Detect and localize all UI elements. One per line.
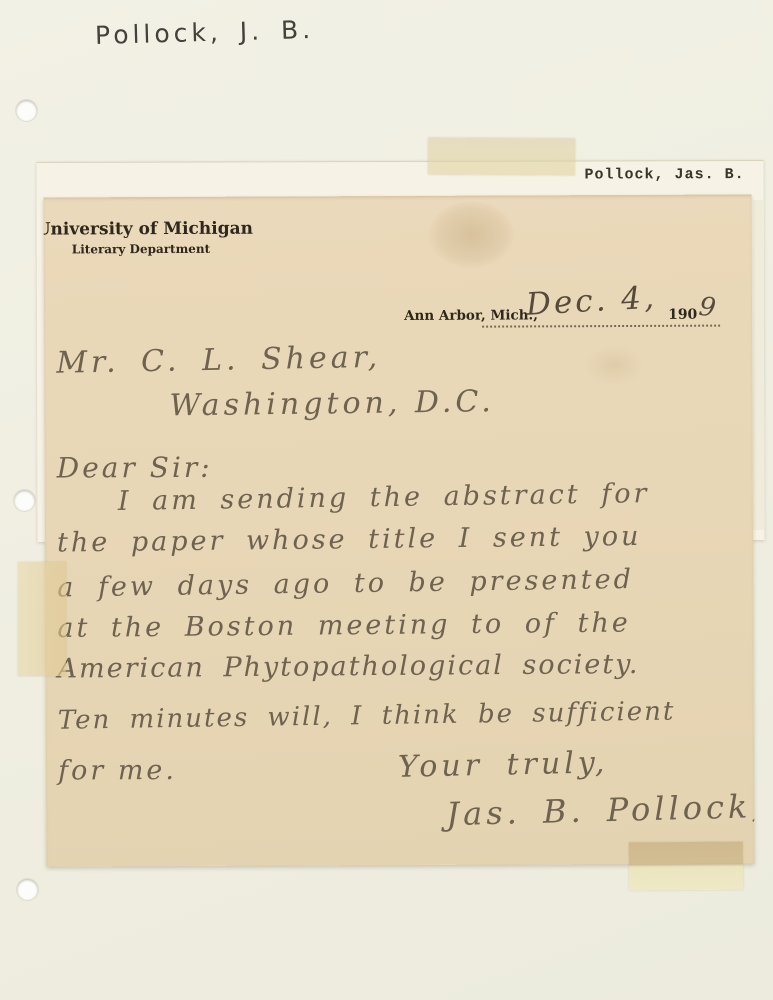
signature: Jas. B. Pollock,: [446, 787, 755, 833]
dateline-place: Ann Arbor, Mich.,: [404, 307, 538, 324]
dateline-handwritten-date: Dec. 4,: [525, 279, 658, 322]
body-line: at the Boston meeting to of the: [57, 607, 631, 644]
body-line: a few days ago to be presented: [57, 564, 634, 604]
letter-sheet: University of Michigan Literary Departme…: [44, 194, 755, 866]
body-line: American Phytopathological society.: [57, 649, 639, 685]
tape-bottom-right: [629, 842, 743, 891]
dateline-printed-year: 190: [668, 307, 697, 323]
punch-hole-top: [16, 100, 37, 121]
letterhead-department: Literary Department: [72, 242, 210, 257]
recipient-name: Mr. C. L. Shear,: [56, 340, 381, 381]
scanned-archive-page: Pollock, J. B. Pollock, Jas. B. Universi…: [0, 0, 773, 1000]
closing: Your truly,: [398, 745, 609, 785]
paper-stain: [584, 345, 644, 385]
recipient-city: Washington, D.C.: [169, 384, 495, 423]
letterhead-institution: University of Michigan: [44, 219, 253, 240]
tape-left: [18, 562, 66, 676]
body-line: Ten minutes will, I think be sufficient: [58, 697, 676, 736]
typed-catalog-label: Pollock, Jas. B.: [585, 166, 745, 183]
body-line: for me.: [58, 755, 177, 787]
body-line: the paper whose title I sent you: [57, 521, 642, 559]
body-line: I am sending the abstract for: [118, 478, 650, 517]
tape-top: [428, 137, 575, 175]
punch-hole-bottom: [17, 879, 38, 900]
backing-sheet-edge: [753, 200, 764, 530]
salutation: Dear Sir:: [57, 451, 213, 485]
paper-stain: [429, 201, 514, 267]
punch-hole-middle: [14, 490, 35, 511]
archivist-note: Pollock, J. B.: [95, 15, 315, 50]
